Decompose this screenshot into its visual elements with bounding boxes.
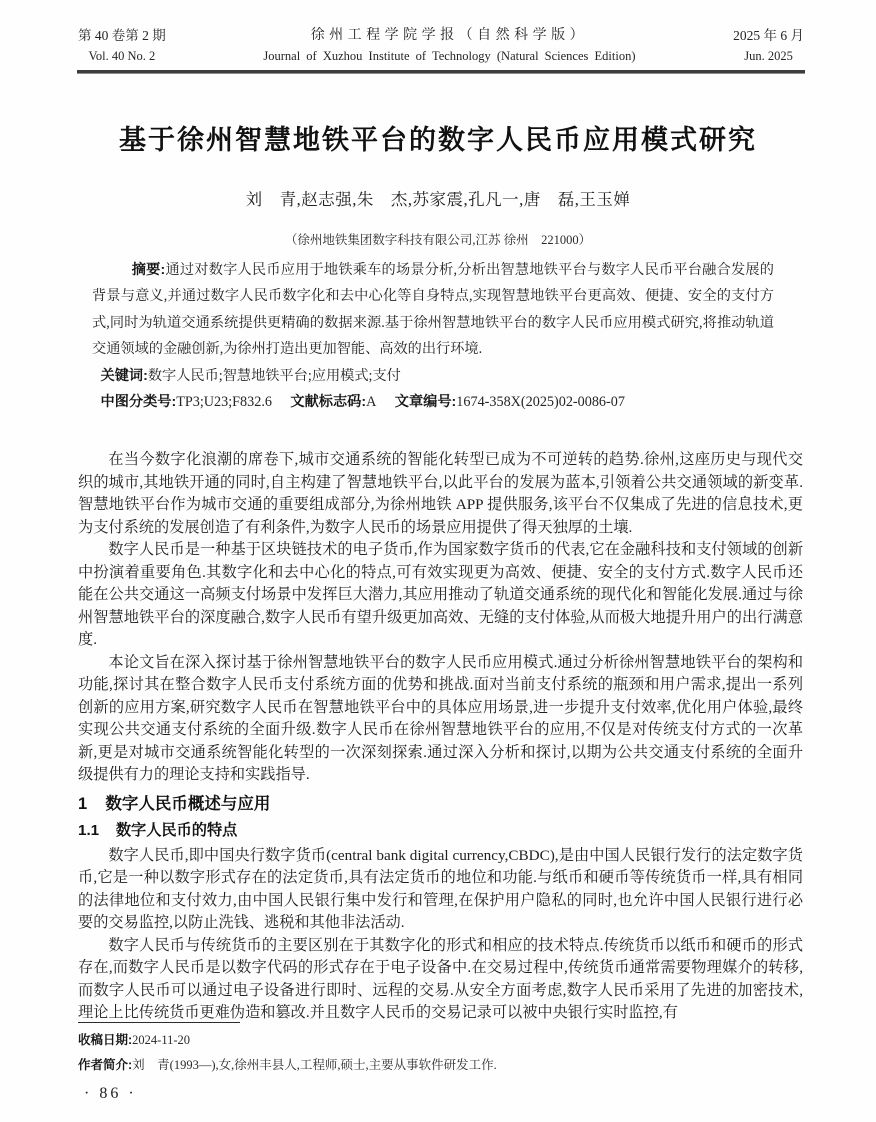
journal-page: 第 40 卷第 2 期 Vol. 40 No. 2 徐州工程学院学报（自然科学版…: [0, 0, 876, 1122]
author-affiliation: （徐州地铁集团数字科技有限公司,江苏 徐州 221000）: [0, 230, 876, 248]
volume-issue-cn: 第 40 卷第 2 期: [78, 27, 166, 45]
journal-header: 第 40 卷第 2 期 Vol. 40 No. 2 徐州工程学院学报（自然科学版…: [78, 27, 804, 65]
doc-code-label: 文献标志码:: [290, 394, 366, 410]
volume-issue-en: Vol. 40 No. 2: [78, 48, 166, 65]
received-date-label: 收稿日期:: [78, 1033, 132, 1047]
journal-name-cn: 徐州工程学院学报（自然科学版）: [263, 27, 635, 45]
article-body: 在当今数字化浪潮的席卷下,城市交通系统的智能化转型已成为不可逆转的趋势.徐州,这…: [78, 449, 803, 1027]
article-id-label: 文章编号:: [395, 394, 456, 410]
subsection-title: 数字人民币的特点: [116, 822, 238, 839]
abstract-label: 摘要:: [132, 262, 166, 278]
footnote-block: 收稿日期:2024-11-20 作者简介:刘 青(1993—),女,徐州丰县人,…: [78, 1022, 803, 1078]
issue-date-cn: 2025 年 6 月: [733, 27, 804, 45]
doc-code-value: A: [366, 394, 376, 410]
keywords-label: 关键词:: [101, 368, 148, 384]
author-bio-value: 刘 青(1993—),女,徐州丰县人,工程师,硕士,主要从事软件研发工作.: [132, 1058, 497, 1072]
header-issue-date: 2025 年 6 月 Jun. 2025: [733, 27, 804, 65]
body-paragraph: 数字人民币,即中国央行数字货币(central bank digital cur…: [78, 845, 803, 935]
section-title: 数字人民币概述与应用: [105, 795, 270, 813]
header-divider-rule-bottom: [77, 73, 805, 75]
footnote-divider-rule: [78, 1022, 240, 1023]
article-title: 基于徐州智慧地铁平台的数字人民币应用模式研究: [0, 118, 876, 157]
received-date-line: 收稿日期:2024-11-20: [78, 1028, 803, 1053]
body-paragraph: 数字人民币是一种基于区块链技术的电子货币,作为国家数字货币的代表,它在金融科技和…: [78, 539, 803, 652]
subsection-number: 1.1: [78, 822, 99, 839]
header-volume-issue: 第 40 卷第 2 期 Vol. 40 No. 2: [78, 27, 166, 65]
body-paragraph: 在当今数字化浪潮的席卷下,城市交通系统的智能化转型已成为不可逆转的趋势.徐州,这…: [78, 449, 803, 539]
received-date-value: 2024-11-20: [132, 1033, 190, 1047]
page-number: · 86 ·: [84, 1085, 137, 1103]
keywords-line: 关键词:数字人民币;智慧地铁平台;应用模式;支付: [92, 363, 774, 389]
abstract-paragraph: 摘要:通过对数字人民币应用于地铁乘车的场景分析,分析出智慧地铁平台与数字人民币平…: [92, 257, 774, 363]
keywords-text: 数字人民币;智慧地铁平台;应用模式;支付: [148, 368, 401, 384]
clc-value: TP3;U23;F832.6: [176, 394, 272, 410]
article-id-value: 1674-358X(2025)02-0086-07: [456, 394, 625, 410]
body-paragraph: 数字人民币与传统货币的主要区别在于其数字化的形式和相应的技术特点.传统货币以纸币…: [78, 935, 803, 1025]
journal-name-en: Journal of Xuzhou Institute of Technolog…: [263, 48, 635, 65]
section-heading-1-1: 1.1数字人民币的特点: [78, 819, 803, 842]
section-number: 1: [78, 795, 87, 813]
abstract-block: 摘要:通过对数字人民币应用于地铁乘车的场景分析,分析出智慧地铁平台与数字人民币平…: [92, 257, 774, 415]
header-journal-name: 徐州工程学院学报（自然科学版） Journal of Xuzhou Instit…: [263, 27, 635, 65]
issue-date-en: Jun. 2025: [733, 48, 804, 65]
header-divider-rule: [77, 70, 805, 74]
clc-label: 中图分类号:: [101, 394, 177, 410]
author-bio-line: 作者简介:刘 青(1993—),女,徐州丰县人,工程师,硕士,主要从事软件研发工…: [78, 1053, 803, 1078]
section-heading-1: 1数字人民币概述与应用: [78, 792, 803, 816]
body-paragraph: 本论文旨在深入探讨基于徐州智慧地铁平台的数字人民币应用模式.通过分析徐州智慧地铁…: [78, 652, 803, 787]
author-bio-label: 作者简介:: [78, 1058, 132, 1072]
abstract-text: 通过对数字人民币应用于地铁乘车的场景分析,分析出智慧地铁平台与数字人民币平台融合…: [92, 262, 774, 357]
classification-line: 中图分类号:TP3;U23;F832.6文献标志码:A文章编号:1674-358…: [92, 389, 774, 415]
author-list: 刘 青,赵志强,朱 杰,苏家震,孔凡一,唐 磊,王玉婵: [0, 186, 876, 210]
